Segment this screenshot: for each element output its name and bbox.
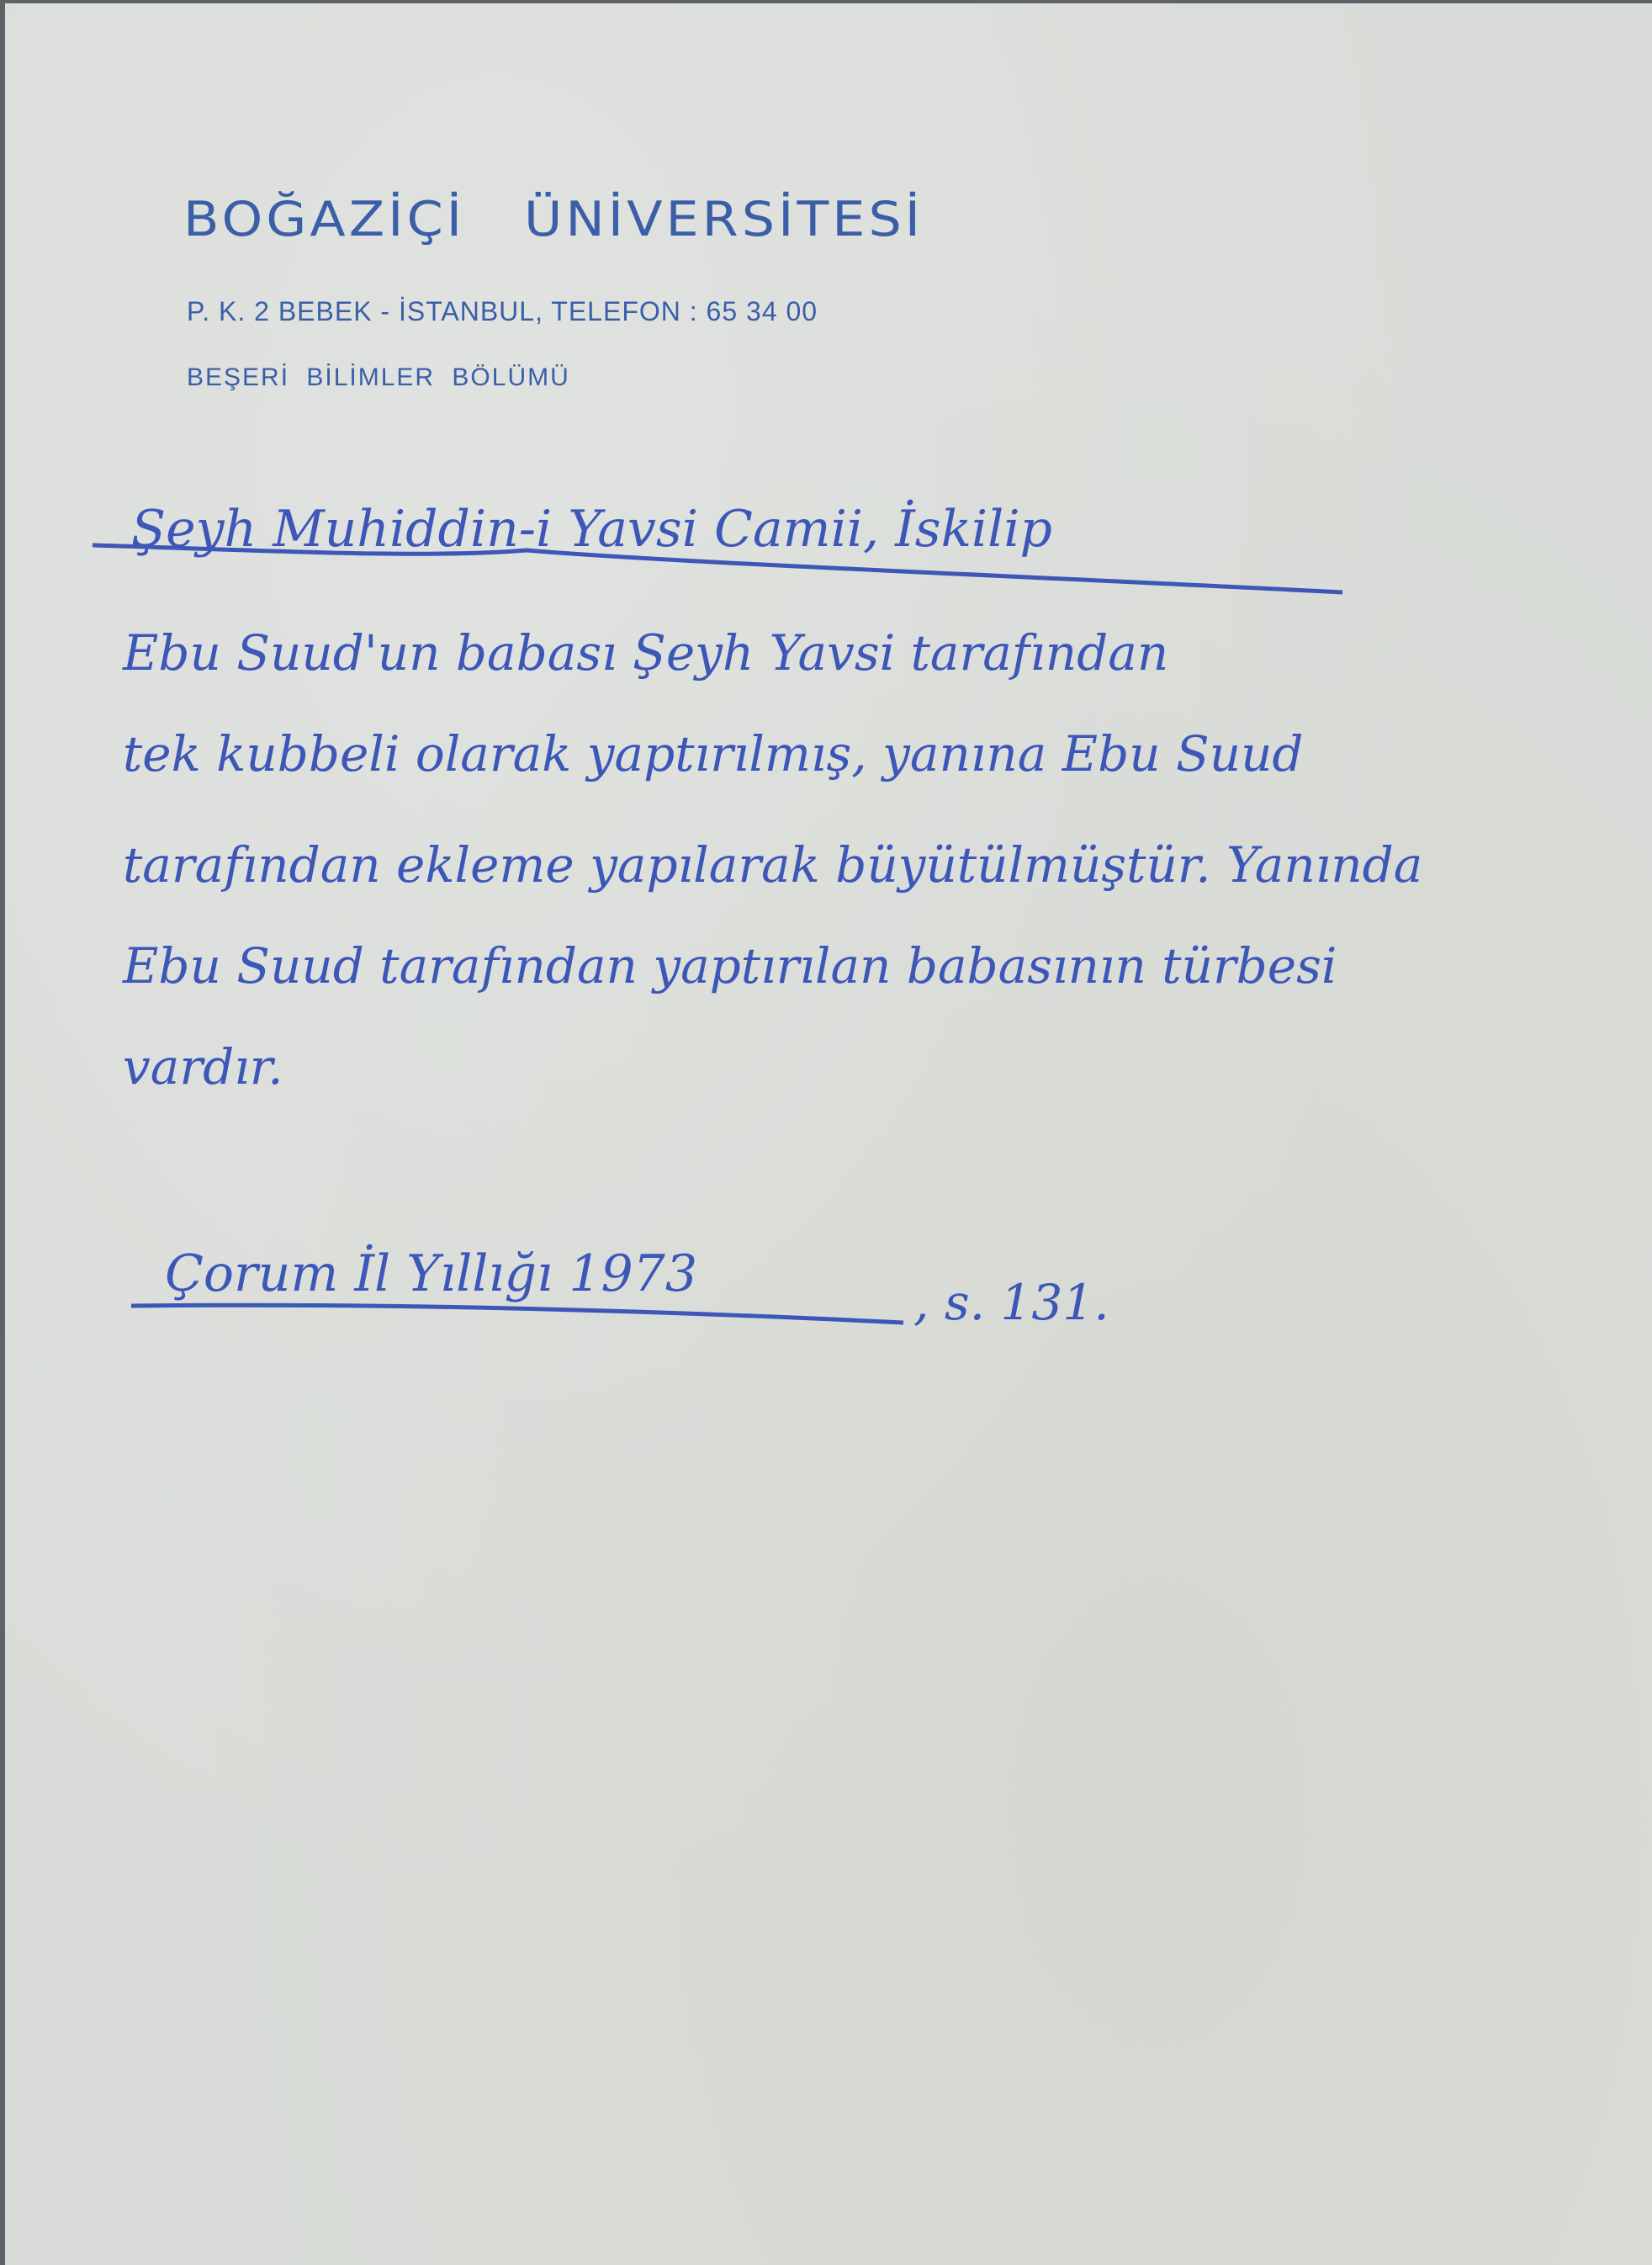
note-body-line: Ebu Suud tarafından yaptırılan babasının… — [123, 937, 1337, 995]
institution-address: P. K. 2 BEBEK - İSTANBUL, TELEFON : 65 3… — [187, 296, 818, 327]
note-body-line: tarafından ekleme yapılarak büyütülmüştü… — [123, 836, 1422, 894]
citation-page: , s. 131. — [913, 1274, 1109, 1331]
letterhead: BOĞAZİÇİÜNİVERSİTESİ P. K. 2 BEBEK - İST… — [183, 195, 924, 247]
handwritten-underlines — [5, 3, 1652, 2265]
citation-underline — [131, 1305, 903, 1323]
note-title: Şeyh Muhiddin-i Yavsi Camii, İskilip — [131, 500, 1052, 559]
institution-name-part2: ÜNİVERSİTESİ — [524, 190, 924, 247]
note-body-line: Ebu Suud'un babası Şeyh Yavsi tarafından — [123, 624, 1168, 682]
institution-name-part1: BOĞAZİÇİ — [183, 190, 465, 247]
department-name: BEŞERİ BİLİMLER BÖLÜMÜ — [187, 363, 570, 392]
citation-source: Çorum İl Yıllığı 1973 — [165, 1244, 697, 1303]
letter-sheet: BOĞAZİÇİÜNİVERSİTESİ P. K. 2 BEBEK - İST… — [5, 3, 1652, 2265]
note-body-line: vardır. — [123, 1038, 283, 1095]
institution-name: BOĞAZİÇİÜNİVERSİTESİ — [183, 195, 924, 243]
note-body-line: tek kubbeli olarak yaptırılmış, yanına E… — [123, 725, 1304, 782]
